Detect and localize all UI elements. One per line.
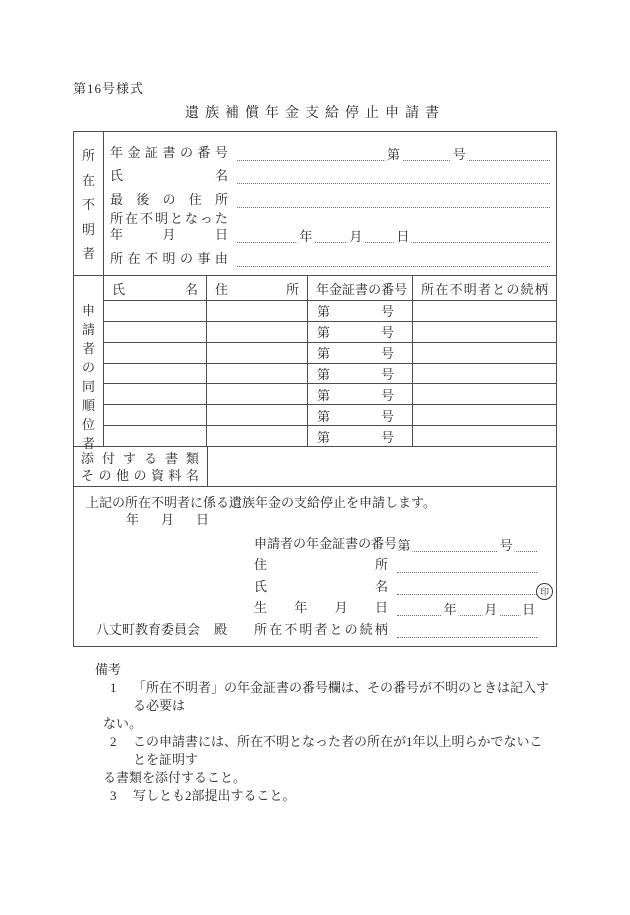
co-applicant-address-cell[interactable] [207, 322, 308, 342]
attachments-field[interactable] [208, 447, 556, 486]
applicant-certificate-number-field[interactable]: 第 号 [397, 536, 537, 552]
header-name: 氏名 [104, 279, 206, 298]
gou-mark: 号 [381, 343, 394, 362]
co-applicant-address-cell[interactable] [207, 384, 308, 404]
co-applicant-address-cell[interactable] [207, 364, 308, 384]
co-applicant-row: 第号 [104, 363, 556, 384]
dai-mark: 第 [317, 427, 330, 446]
month-mark: 月 [482, 602, 499, 618]
applicant-name-row: 氏名 印 [254, 573, 556, 595]
co-applicant-address-cell[interactable] [207, 343, 308, 363]
form-sheet: 第16号様式 遺族補償年金支給停止申請書 所在不明者 年金証書の番号 第 号 氏… [0, 0, 630, 915]
co-applicant-name-cell[interactable] [104, 405, 207, 425]
missing-date-label: 所在不明となった 年月日 [110, 211, 228, 243]
day-mark: 日 [394, 229, 411, 245]
remark-item-2-cont: る書類を添付すること。 [103, 769, 555, 787]
main-form-table: 所在不明者 年金証書の番号 第 号 氏名 最後の住所 [73, 131, 557, 647]
co-applicants-section: 申請者の同順位者 氏名 住所 年金証書の番号 所在不明者との続柄 第号第号第号第… [74, 276, 556, 447]
applicant-name-label: 氏名 [254, 576, 388, 595]
gou-mark: 号 [381, 322, 394, 341]
gou-mark: 号 [498, 538, 515, 554]
remark-item-3: 3 写しとも2部提出すること。 [110, 787, 555, 805]
last-address-row: 最後の住所 [110, 184, 550, 208]
month-label: 月 [161, 511, 174, 529]
co-applicant-address-cell[interactable] [207, 301, 308, 321]
seal-icon: 印 [536, 583, 553, 600]
gou-mark: 号 [381, 427, 394, 446]
co-applicant-certificate-number-cell[interactable]: 第号 [308, 426, 413, 446]
dai-mark: 第 [317, 406, 330, 425]
co-applicant-name-cell[interactable] [104, 301, 207, 321]
missing-person-rows: 年金証書の番号 第 号 氏名 最後の住所 所在不明となった [104, 132, 556, 275]
co-applicant-certificate-number-cell[interactable]: 第号 [308, 405, 413, 425]
name-label: 氏名 [110, 167, 228, 184]
addressee: 八丈町教育委員会殿 [96, 619, 227, 638]
co-applicant-relationship-cell[interactable] [413, 343, 556, 363]
co-applicant-certificate-number-cell[interactable]: 第号 [308, 322, 413, 342]
year-mark: 年 [297, 229, 314, 245]
year-mark: 年 [442, 602, 459, 618]
co-applicant-row: 第号 [104, 300, 556, 321]
co-applicant-relationship-cell[interactable] [413, 364, 556, 384]
last-address-label: 最後の住所 [110, 191, 228, 208]
applicant-birthdate-row: 生年月日 年 月 日 [254, 595, 556, 617]
gou-mark: 号 [451, 147, 468, 163]
applicant-address-field[interactable] [397, 557, 537, 573]
dai-mark: 第 [395, 538, 412, 554]
missing-person-vertical-label: 所在不明者 [74, 132, 104, 275]
co-applicant-row: 第号 [104, 383, 556, 404]
co-applicant-name-cell[interactable] [104, 426, 207, 446]
missing-person-section: 所在不明者 年金証書の番号 第 号 氏名 最後の住所 [74, 132, 556, 276]
last-address-field[interactable] [237, 191, 550, 208]
dai-mark: 第 [317, 343, 330, 362]
remarks-section: 備考 1 「所在不明者」の年金証書の番号欄は、その番号が不明のときは記入する必要… [95, 661, 555, 805]
co-applicant-relationship-cell[interactable] [413, 405, 556, 425]
co-applicant-name-cell[interactable] [104, 322, 207, 342]
gou-mark: 号 [381, 406, 394, 425]
co-applicants-header-row: 氏名 住所 年金証書の番号 所在不明者との続柄 [104, 276, 556, 300]
header-address: 住所 [207, 279, 307, 298]
dai-mark: 第 [317, 385, 330, 404]
co-applicant-relationship-cell[interactable] [413, 301, 556, 321]
co-applicant-certificate-number-cell[interactable]: 第号 [308, 343, 413, 363]
declaration-statement: 上記の所在不明者に係る遺族年金の支給停止を申請します。 [86, 494, 556, 511]
missing-reason-label: 所在不明の事由 [110, 250, 228, 267]
applicant-relationship-field[interactable] [397, 622, 537, 638]
day-mark: 日 [520, 602, 537, 618]
applicant-name-field[interactable]: 印 [397, 579, 537, 595]
month-mark: 月 [347, 229, 364, 245]
co-applicants-table: 氏名 住所 年金証書の番号 所在不明者との続柄 第号第号第号第号第号第号第号 [104, 276, 556, 446]
missing-date-row: 所在不明となった 年月日 年 月 日 [110, 208, 550, 243]
co-applicant-certificate-number-cell[interactable]: 第号 [308, 364, 413, 384]
applicant-relationship-row: 所在不明者との続柄 [254, 616, 556, 638]
co-applicant-certificate-number-cell[interactable]: 第号 [308, 384, 413, 404]
attachments-label: 添付する書類 その他の資料名 [74, 447, 208, 486]
co-applicant-name-cell[interactable] [104, 384, 207, 404]
co-applicant-address-cell[interactable] [207, 426, 308, 446]
gou-mark: 号 [381, 385, 394, 404]
co-applicant-address-cell[interactable] [207, 405, 308, 425]
remark-item-1: 1 「所在不明者」の年金証書の番号欄は、その番号が不明のときは記入する必要は [110, 679, 555, 715]
co-applicant-row: 第号 [104, 342, 556, 363]
missing-date-field[interactable]: 年 月 日 [237, 226, 550, 243]
co-applicant-row: 第号 [104, 321, 556, 342]
pension-certificate-number-row: 年金証書の番号 第 号 [110, 137, 550, 161]
applicant-fields: 申請者の年金証書の番号 第 号 住所 氏名 印 [254, 530, 556, 638]
pension-certificate-number-field[interactable]: 第 号 [237, 144, 550, 161]
co-applicant-relationship-cell[interactable] [413, 384, 556, 404]
applicant-relationship-label: 所在不明者との続柄 [254, 619, 388, 638]
attachments-section: 添付する書類 その他の資料名 [74, 447, 556, 487]
day-label: 日 [196, 511, 209, 529]
dai-mark: 第 [317, 301, 330, 320]
gou-mark: 号 [381, 364, 394, 383]
applicant-birthdate-field[interactable]: 年 月 日 [397, 600, 537, 616]
co-applicant-relationship-cell[interactable] [413, 322, 556, 342]
applicant-certificate-number-row: 申請者の年金証書の番号 第 号 [254, 530, 556, 552]
remark-item-1-cont: ない。 [103, 715, 555, 733]
applicant-birthdate-label: 生年月日 [254, 597, 388, 616]
name-row: 氏名 [110, 161, 550, 185]
co-applicants-vertical-label: 申請者の同順位者 [74, 276, 104, 446]
dai-mark: 第 [385, 147, 402, 163]
header-certificate-number: 年金証書の番号 [308, 279, 412, 298]
remark-item-2: 2 この申請書には、所在不明となった者の所在が1年以上明らかでないことを証明す [110, 733, 555, 769]
applicant-address-row: 住所 [254, 552, 556, 574]
co-applicant-name-cell[interactable] [104, 343, 207, 363]
missing-reason-field[interactable] [237, 250, 550, 267]
declaration-date[interactable]: 年 月 日 [126, 511, 556, 529]
remarks-heading: 備考 [95, 661, 555, 679]
co-applicant-name-cell[interactable] [104, 364, 207, 384]
page-title: 遺族補償年金支給停止申請書 [0, 102, 630, 122]
gou-mark: 号 [381, 301, 394, 320]
applicant-address-label: 住所 [254, 554, 388, 573]
dai-mark: 第 [317, 364, 330, 383]
declaration-section: 上記の所在不明者に係る遺族年金の支給停止を申請します。 年 月 日 申請者の年金… [74, 487, 556, 646]
applicant-certificate-number-label: 申請者の年金証書の番号 [254, 533, 388, 552]
co-applicant-row: 第号 [104, 425, 556, 446]
co-applicant-certificate-number-cell[interactable]: 第号 [308, 301, 413, 321]
addressee-name: 八丈町教育委員会 [96, 622, 200, 637]
co-applicant-row: 第号 [104, 404, 556, 425]
form-number: 第16号様式 [73, 78, 144, 97]
pension-certificate-number-label: 年金証書の番号 [110, 144, 228, 161]
addressee-honorific: 殿 [214, 622, 227, 637]
year-label: 年 [126, 511, 139, 529]
name-field[interactable] [237, 167, 550, 184]
missing-reason-row: 所在不明の事由 [110, 243, 550, 267]
header-relationship: 所在不明者との続柄 [413, 279, 556, 298]
co-applicant-relationship-cell[interactable] [413, 426, 556, 446]
dai-mark: 第 [317, 322, 330, 341]
